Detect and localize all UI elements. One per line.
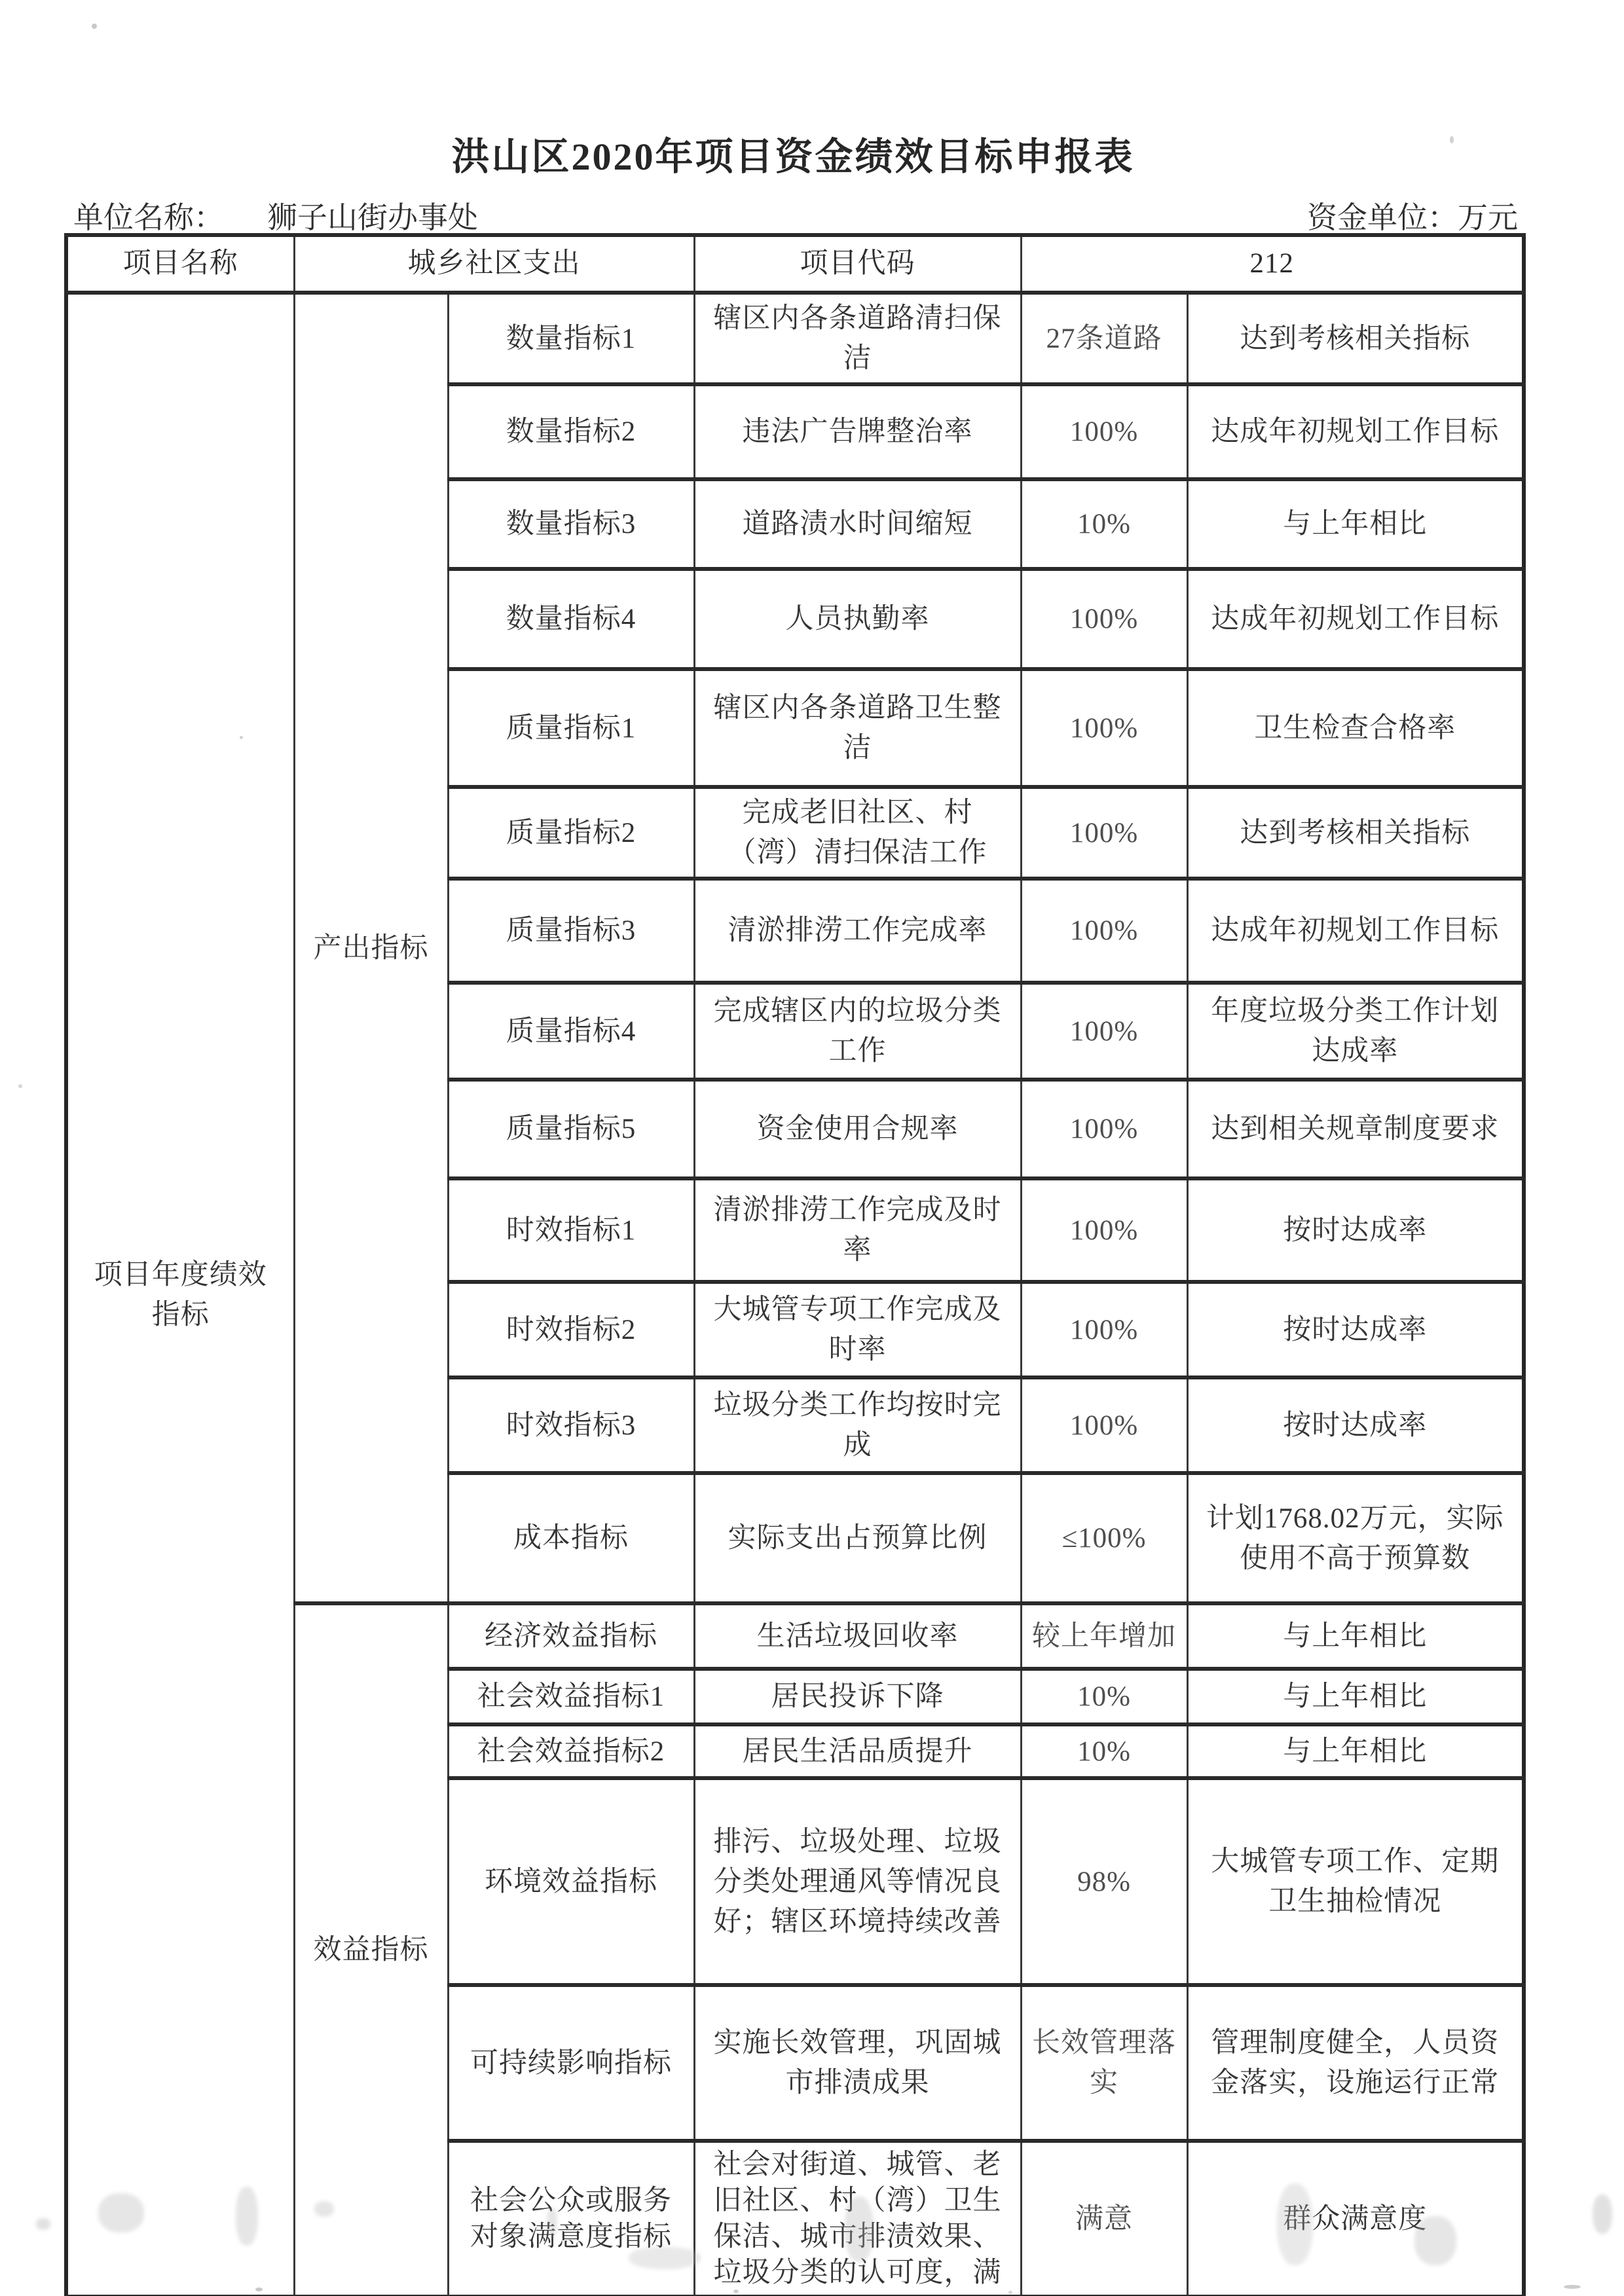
cell-indicator-name: 质量指标1 <box>448 669 694 787</box>
cell-indicator-name: 数量指标1 <box>448 293 694 384</box>
cell-indicator-name: 社会效益指标1 <box>448 1669 694 1724</box>
scanned-document-page: 洪山区2020年项目资金绩效目标申报表 单位名称：狮子山街办事处 资金单位：万元… <box>0 0 1624 2296</box>
unit-name-group: 单位名称：狮子山街办事处 <box>73 194 478 237</box>
cell-indicator-name: 质量指标5 <box>448 1080 694 1178</box>
cell-indicator-content: 清淤排涝工作完成率 <box>694 879 1021 983</box>
scan-smudge <box>1593 2195 1612 2234</box>
cell-indicator-content: 辖区内各条道路清扫保 洁 <box>694 293 1021 384</box>
cell-indicator-name: 时效指标3 <box>448 1377 694 1473</box>
cell-project-name-label: 项目名称 <box>66 235 294 293</box>
cell-project-code-value: 212 <box>1021 235 1524 293</box>
cell-indicator-value: 100% <box>1021 569 1187 669</box>
cell-benefit-indicators-label: 效益指标 <box>294 1603 448 2296</box>
cell-indicator-name: 数量指标4 <box>448 569 694 669</box>
cell-evaluation-criteria: 管理制度健全，人员资 金落实，设施运行正常 <box>1187 1985 1524 2141</box>
cell-indicator-value: 100% <box>1021 787 1187 879</box>
cell-indicator-value: 满意 <box>1021 2141 1187 2296</box>
scan-smudge <box>629 2247 701 2269</box>
cell-indicator-content: 居民生活品质提升 <box>694 1724 1021 1778</box>
performance-target-table: 项目名称 城乡社区支出 项目代码 212 项目年度绩效 指标 产出指标 数量指标… <box>64 233 1526 2296</box>
scan-speck <box>92 24 97 29</box>
cell-indicator-value: 100% <box>1021 1377 1187 1473</box>
fund-unit-group: 资金单位：万元 <box>1307 194 1518 237</box>
cell-indicator-value: 10% <box>1021 1669 1187 1724</box>
unit-name-label: 单位名称： <box>73 201 224 234</box>
table-row: 项目年度绩效 指标 产出指标 数量指标1 辖区内各条道路清扫保 洁 27条道路 … <box>66 293 1524 384</box>
cell-indicator-name: 时效指标2 <box>448 1282 694 1377</box>
cell-evaluation-criteria: 达成年初规划工作目标 <box>1187 879 1524 983</box>
cell-indicator-value: 100% <box>1021 1282 1187 1377</box>
scan-speck <box>1564 2285 1581 2289</box>
cell-indicator-content: 生活垃圾回收率 <box>694 1603 1021 1669</box>
cell-evaluation-criteria: 与上年相比 <box>1187 479 1524 569</box>
scan-speck <box>255 2287 263 2291</box>
cell-indicator-content: 排污、垃圾处理、垃圾 分类处理通风等情况良 好；辖区环境持续改善 <box>694 1778 1021 1985</box>
cell-indicator-name: 社会效益指标2 <box>448 1724 694 1778</box>
cell-indicator-value: 长效管理落 实 <box>1021 1985 1187 2141</box>
scan-speck <box>1008 2291 1012 2294</box>
scan-smudge <box>314 2201 334 2217</box>
cell-indicator-name: 经济效益指标 <box>448 1603 694 1669</box>
cell-evaluation-criteria: 与上年相比 <box>1187 1669 1524 1724</box>
cell-indicator-content: 辖区内各条道路卫生整 洁 <box>694 669 1021 787</box>
cell-indicator-value: 100% <box>1021 669 1187 787</box>
cell-evaluation-criteria: 与上年相比 <box>1187 1724 1524 1778</box>
cell-evaluation-criteria: 年度垃圾分类工作计划 达成率 <box>1187 983 1524 1080</box>
cell-indicator-content: 居民投诉下降 <box>694 1669 1021 1724</box>
cell-project-code-label: 项目代码 <box>694 235 1021 293</box>
cell-evaluation-criteria: 达到相关规章制度要求 <box>1187 1080 1524 1178</box>
cell-indicator-content: 完成辖区内的垃圾分类 工作 <box>694 983 1021 1080</box>
table-header-row: 项目名称 城乡社区支出 项目代码 212 <box>66 235 1524 293</box>
cell-annual-indicators-label: 项目年度绩效 指标 <box>66 293 294 2296</box>
cell-evaluation-criteria: 大城管专项工作、定期 卫生抽检情况 <box>1187 1778 1524 1985</box>
cell-project-name-value: 城乡社区支出 <box>294 235 694 293</box>
cell-indicator-value: 100% <box>1021 384 1187 479</box>
fund-unit-label: 资金单位： <box>1307 201 1458 234</box>
cell-indicator-content: 清淤排涝工作完成及时 率 <box>694 1178 1021 1282</box>
cell-indicator-value: 100% <box>1021 1178 1187 1282</box>
scan-smudge <box>1414 2216 1456 2265</box>
cell-indicator-content: 实施长效管理，巩固城 市排渍成果 <box>694 1985 1021 2141</box>
cell-indicator-content: 人员执勤率 <box>694 569 1021 669</box>
scan-speck <box>240 736 243 739</box>
scan-smudge <box>1277 2183 1313 2265</box>
cell-indicator-content: 道路渍水时间缩短 <box>694 479 1021 569</box>
cell-indicator-name: 质量指标4 <box>448 983 694 1080</box>
cell-evaluation-criteria: 与上年相比 <box>1187 1603 1524 1669</box>
cell-evaluation-criteria: 按时达成率 <box>1187 1178 1524 1282</box>
cell-indicator-name: 质量指标3 <box>448 879 694 983</box>
cell-evaluation-criteria: 达成年初规划工作目标 <box>1187 384 1524 479</box>
cell-indicator-value: 较上年增加 <box>1021 1603 1187 1669</box>
cell-indicator-value: 27条道路 <box>1021 293 1187 384</box>
scan-speck <box>1450 136 1454 143</box>
cell-indicator-content: 违法广告牌整治率 <box>694 384 1021 479</box>
unit-name-value: 狮子山街办事处 <box>267 201 478 234</box>
cell-indicator-content: 大城管专项工作完成及 时率 <box>694 1282 1021 1377</box>
scan-smudge <box>547 2208 557 2236</box>
cell-indicator-name: 可持续影响指标 <box>448 1985 694 2141</box>
cell-evaluation-criteria: 达成年初规划工作目标 <box>1187 569 1524 669</box>
cell-evaluation-criteria: 卫生检查合格率 <box>1187 669 1524 787</box>
cell-output-indicators-label: 产出指标 <box>294 293 448 1603</box>
cell-indicator-content: 垃圾分类工作均按时完 成 <box>694 1377 1021 1473</box>
scan-smudge <box>98 2193 144 2232</box>
cell-indicator-value: 10% <box>1021 479 1187 569</box>
cell-evaluation-criteria: 计划1768.02万元，实际 使用不高于预算数 <box>1187 1473 1524 1603</box>
cell-indicator-name: 环境效益指标 <box>448 1778 694 1985</box>
cell-indicator-name: 数量指标2 <box>448 384 694 479</box>
cell-evaluation-criteria: 按时达成率 <box>1187 1282 1524 1377</box>
scan-smudge <box>236 2187 258 2246</box>
cell-evaluation-criteria: 按时达成率 <box>1187 1377 1524 1473</box>
cell-indicator-value: ≤100% <box>1021 1473 1187 1603</box>
page-title: 洪山区2020年项目资金绩效目标申报表 <box>64 126 1522 181</box>
cell-indicator-content: 资金使用合规率 <box>694 1080 1021 1178</box>
scan-smudge <box>36 2218 50 2230</box>
fund-unit-value: 万元 <box>1458 201 1518 234</box>
cell-indicator-content: 完成老旧社区、村 （湾）清扫保洁工作 <box>694 787 1021 879</box>
cell-indicator-value: 10% <box>1021 1724 1187 1778</box>
cell-indicator-name: 质量指标2 <box>448 787 694 879</box>
cell-indicator-value: 100% <box>1021 1080 1187 1178</box>
cell-evaluation-criteria: 群众满意度 <box>1187 2141 1524 2296</box>
scan-smudge <box>845 2196 874 2262</box>
cell-indicator-content: 实际支出占预算比例 <box>694 1473 1021 1603</box>
cell-indicator-value: 98% <box>1021 1778 1187 1985</box>
scan-speck <box>733 2289 739 2293</box>
document-meta-row: 单位名称：狮子山街办事处 资金单位：万元 <box>73 194 1518 237</box>
cell-indicator-name: 时效指标1 <box>448 1178 694 1282</box>
cell-indicator-name: 社会公众或服务 对象满意度指标 <box>448 2141 694 2296</box>
cell-indicator-name: 成本指标 <box>448 1473 694 1603</box>
cell-evaluation-criteria: 达到考核相关指标 <box>1187 787 1524 879</box>
cell-indicator-value: 100% <box>1021 983 1187 1080</box>
cell-indicator-value: 100% <box>1021 879 1187 983</box>
scan-speck <box>18 1084 22 1088</box>
cell-indicator-name: 数量指标3 <box>448 479 694 569</box>
cell-evaluation-criteria: 达到考核相关指标 <box>1187 293 1524 384</box>
